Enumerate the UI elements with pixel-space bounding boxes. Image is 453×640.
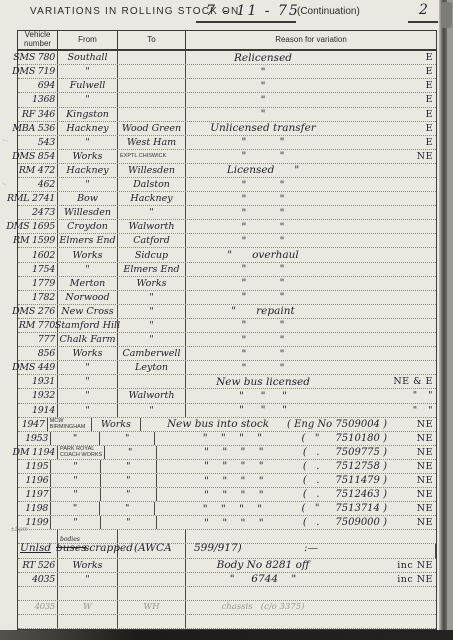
table-row: 1782Norwood"" " <box>18 291 436 305</box>
reason-text: " " <box>194 235 332 247</box>
vehicle-cell: RT 526 <box>18 559 58 572</box>
from-cell: " <box>51 488 100 501</box>
to-cell: Catford <box>118 234 186 247</box>
reason-text: " " <box>194 362 332 374</box>
from-cell: " <box>58 389 118 402</box>
reason-text: " " <box>194 334 332 346</box>
status-mark: NE & E <box>387 376 436 387</box>
table-row: 1602WorksSidcup" overhaul <box>18 248 436 262</box>
reason-cell: " " <box>186 319 436 332</box>
engine-number-text: ( . 7512463 ) <box>303 489 387 500</box>
vehicle-cell: 694 <box>18 79 58 92</box>
to-cell: " <box>105 446 157 459</box>
to-cell: " <box>100 432 155 445</box>
to-cell <box>118 79 186 92</box>
reason-cell: Licensed " <box>186 164 436 177</box>
from-cell: " <box>58 178 118 191</box>
reason-text: " <box>194 66 332 78</box>
table-row: DMS 276New Cross"" repaint <box>18 305 436 319</box>
reason-cell: New bus into stock( Eng No 7509004 )NE <box>141 418 436 431</box>
reason-text: " <box>194 94 332 106</box>
reason-cell <box>186 544 436 557</box>
to-cell: " <box>101 460 157 473</box>
to-cell: Dalston <box>118 178 186 191</box>
to-cell: Wood Green <box>118 122 186 135</box>
table-row <box>18 530 436 544</box>
reason-cell: chassis (c/o 3375) <box>186 601 436 614</box>
reason-cell: " overhaul <box>186 248 436 261</box>
vehicle-cell: 1602 <box>18 248 58 261</box>
from-cell: " <box>58 361 118 374</box>
reason-cell: "E <box>186 108 436 121</box>
reason-cell: " " " "( . 7509000 )NE <box>157 516 436 529</box>
table-row: 1754"Elmers End" " <box>18 263 436 277</box>
reason-cell: " " <box>186 192 436 205</box>
status-mark: NE <box>387 517 436 528</box>
vehicle-cell: RM 770 <box>18 319 58 332</box>
continuation-label: (Continuation) <box>297 6 360 17</box>
reason-text: " " <box>194 277 332 289</box>
table-row: 543"West Ham" "E <box>18 136 436 150</box>
reason-text: chassis (c/o 3375) <box>194 602 332 612</box>
vehicle-cell: 543 <box>18 136 58 149</box>
to-cell: " <box>118 319 186 332</box>
table-row: 1931"New bus licensedNE & E <box>18 375 436 389</box>
to-cell: WH <box>118 601 186 614</box>
from-cell: " <box>58 93 118 106</box>
reason-text: " overhaul <box>194 249 332 261</box>
vehicle-cell: RM 1599 <box>18 234 58 247</box>
reason-cell: " 6744 "inc NE <box>186 573 436 586</box>
to-cell: Hackney <box>118 192 186 205</box>
engine-number-text: ( . 7512758 ) <box>303 461 387 472</box>
reason-cell: " " <box>186 178 436 191</box>
reason-cell: " " <box>186 263 436 276</box>
to-cell <box>118 615 186 628</box>
status-mark: NE <box>387 475 436 486</box>
from-cell: Croydon <box>58 220 118 233</box>
page-number: 2 <box>419 2 428 18</box>
engine-number-text: ( . 7509000 ) <box>303 517 387 528</box>
vehicle-cell: RF 346 <box>18 108 58 121</box>
status-mark: E <box>387 52 436 63</box>
status-mark: " " <box>387 405 436 416</box>
to-cell: " <box>101 516 157 529</box>
vehicle-cell: 1195 <box>18 460 51 473</box>
from-cell: Fulwell <box>58 79 118 92</box>
from-cell <box>58 587 118 600</box>
from-cell: New Cross <box>58 305 118 318</box>
to-cell: " <box>118 291 186 304</box>
vehicle-cell: 1931 <box>18 375 58 388</box>
from-cell: Willesden <box>58 206 118 219</box>
date-handwritten: 7 - 11 - 75 <box>206 3 300 19</box>
from-cell: " <box>58 263 118 276</box>
reason-text: " " <box>194 291 332 303</box>
status-mark: E <box>387 66 436 77</box>
vehicle-cell: 1779 <box>18 277 58 290</box>
from-cell: " <box>58 375 118 388</box>
from-cell: Elmers End <box>58 234 118 247</box>
to-cell <box>118 530 186 543</box>
scan-bottom-edge <box>0 630 453 640</box>
engine-number-text: ( " 7513714 ) <box>301 503 387 514</box>
reason-cell: " " " "( . 7512463 )NE <box>157 488 436 501</box>
reason-text: Body No 8281 off <box>194 559 332 571</box>
reason-text: New bus licensed <box>194 376 332 388</box>
from-cell <box>58 530 118 543</box>
to-cell: Camberwell <box>118 347 186 360</box>
table-row: 694Fulwell"E <box>18 79 436 93</box>
vehicle-cell: MBA 536 <box>18 122 58 135</box>
from-cell: Stamford Hill <box>58 319 118 332</box>
scanned-ledger-page: VARIATIONS IN ROLLING STOCK ON 7 - 11 - … <box>0 0 453 640</box>
reason-cell: " " <box>186 347 436 360</box>
reason-cell: " " <box>186 361 436 374</box>
margin-pencil-note: ±1 pm <box>11 527 28 533</box>
from-cell: W <box>58 601 118 614</box>
status-mark: NE <box>387 461 436 472</box>
reason-cell: " " <box>186 234 436 247</box>
from-cell: Hackney <box>58 164 118 177</box>
to-cell <box>118 65 186 78</box>
table-row: 4035"" 6744 "inc NE <box>18 573 436 587</box>
from-cell: Chalk Farm <box>58 333 118 346</box>
reason-text: " " <box>194 207 332 219</box>
reason-text: Licensed " <box>194 164 332 176</box>
reason-text: " repaint <box>194 305 332 317</box>
reason-text: " <box>194 108 332 120</box>
table-row: 1947MCW BIRMINGHAMWorksNew bus into stoc… <box>18 418 436 432</box>
vehicle-cell: RM 472 <box>18 164 58 177</box>
to-cell <box>118 108 186 121</box>
reason-cell: " " <box>186 206 436 219</box>
reason-cell: Unlicensed transferE <box>186 122 436 135</box>
table-row: SMS 780SouthallRelicensedE <box>18 51 436 65</box>
vehicle-cell: 1196 <box>18 474 51 487</box>
reason-text: " 6744 " <box>194 573 332 585</box>
vehicle-cell: 1754 <box>18 263 58 276</box>
vehicle-cell: SMS 780 <box>18 51 58 64</box>
reason-text: " " " " <box>165 475 303 487</box>
table-header-row: Vehicle number From To Reason for variat… <box>18 31 436 51</box>
to-cell: Walworth <box>118 220 186 233</box>
table-row: RT 526WorksBody No 8281 offinc NE <box>18 559 436 573</box>
vehicle-cell: DMS 1695 <box>18 220 58 233</box>
vehicle-cell: 1932 <box>18 389 58 402</box>
note-row: Unlsdbusesbodiesscrapped(AWCA599/917):— <box>18 544 436 558</box>
from-cell: MCW BIRMINGHAM <box>48 418 92 431</box>
to-cell: " <box>101 474 157 487</box>
to-cell: " <box>118 206 186 219</box>
status-mark: E <box>387 137 436 148</box>
table-row: 1199""" " " "( . 7509000 )NE <box>18 516 436 530</box>
from-cell: Works <box>58 150 118 163</box>
reason-text: Unlicensed transfer <box>194 122 332 134</box>
table-row: 1197""" " " "( . 7512463 )NE <box>18 488 436 502</box>
reason-cell: " " "" " <box>186 389 436 402</box>
to-cell <box>118 93 186 106</box>
from-cell: Kingston <box>58 108 118 121</box>
col-header-to: To <box>118 31 186 49</box>
reason-cell: New bus licensedNE & E <box>186 375 436 388</box>
from-cell: Merton <box>58 277 118 290</box>
from-cell: " <box>58 573 118 586</box>
to-cell: Leyton <box>118 361 186 374</box>
to-cell: West Ham <box>118 136 186 149</box>
from-cell: " <box>58 65 118 78</box>
table-row: RM 770Stamford Hill"" " <box>18 319 436 333</box>
from-cell: " <box>51 432 100 445</box>
to-cell <box>118 544 186 557</box>
table-row <box>18 587 436 601</box>
table-body: SMS 780SouthallRelicensedEDMS 719""E694F… <box>18 51 436 629</box>
to-cell: Works <box>118 277 186 290</box>
reason-text: " " " " <box>163 503 301 515</box>
from-cell: " <box>58 136 118 149</box>
table-row: 1196""" " " "( . 7511479 )NE <box>18 474 436 488</box>
status-mark: NE <box>387 419 436 430</box>
status-mark: " " <box>387 390 436 401</box>
table-row: DMS 854WorksEXPTL CHISWICK" "NE <box>18 150 436 164</box>
to-cell <box>118 587 186 600</box>
scan-artifact <box>441 2 452 28</box>
reason-text: " " <box>194 319 332 331</box>
from-cell: " <box>58 404 118 417</box>
col-header-vehicle-number: Vehicle number <box>18 31 58 49</box>
col-header-from: From <box>58 31 118 49</box>
from-cell: Works <box>58 559 118 572</box>
margin-scribble: ~·· <box>2 138 8 144</box>
reason-cell: " repaint <box>186 305 436 318</box>
vehicle-cell: 1197 <box>18 488 51 501</box>
reason-cell: " " <box>186 291 436 304</box>
reason-text: " " <box>194 221 332 233</box>
margin-scribble: ~· <box>2 182 7 188</box>
from-cell: Hackney <box>58 122 118 135</box>
to-cell: " <box>101 488 157 501</box>
table-row: 1198""" " " "( " 7513714 )NE <box>18 502 436 516</box>
date-underline <box>196 21 296 23</box>
to-cell: Elmers End <box>118 263 186 276</box>
vehicle-cell: 1914 <box>18 404 58 417</box>
reason-text: " " <box>194 263 332 275</box>
table-row: 777Chalk Farm"" " <box>18 333 436 347</box>
status-mark: NE <box>387 503 436 514</box>
reason-text: " " " " <box>165 460 303 472</box>
table-row: 2473Willesden"" " <box>18 206 436 220</box>
from-cell: Works <box>58 248 118 261</box>
vehicle-cell: 1198 <box>18 502 51 515</box>
page-edge-shadow <box>439 0 447 632</box>
reason-cell: "E <box>186 93 436 106</box>
status-mark: E <box>387 109 436 120</box>
reason-cell <box>186 530 436 543</box>
reason-cell: Body No 8281 offinc NE <box>186 559 436 572</box>
reason-text: " " <box>194 193 332 205</box>
variations-table: Vehicle number From To Reason for variat… <box>17 30 437 630</box>
reason-cell: " " <box>186 277 436 290</box>
reason-text: " <box>194 80 332 92</box>
vehicle-cell: 462 <box>18 178 58 191</box>
table-row: 4035WWHchassis (c/o 3375) <box>18 601 436 615</box>
engine-number-text: ( . 7511479 ) <box>303 475 387 486</box>
to-cell: " <box>118 333 186 346</box>
status-mark: NE <box>387 447 436 458</box>
reason-cell: " "NE <box>186 150 436 163</box>
reason-cell: " "E <box>186 136 436 149</box>
vehicle-cell: RML 2741 <box>18 192 58 205</box>
reason-text: " " <box>194 348 332 360</box>
status-mark: inc NE <box>387 560 436 571</box>
vehicle-cell <box>18 587 58 600</box>
vehicle-cell <box>18 615 58 628</box>
from-cell: " <box>51 474 100 487</box>
reason-text: " " " <box>194 404 332 416</box>
page-number-underline <box>408 21 438 23</box>
to-cell: Works <box>92 418 141 431</box>
to-cell: " <box>100 502 155 515</box>
engine-number-text: ( Eng No 7509004 ) <box>287 419 387 430</box>
reason-text: " " " " <box>163 432 301 444</box>
from-cell: " <box>51 516 100 529</box>
vehicle-cell: 856 <box>18 347 58 360</box>
status-mark: NE <box>387 489 436 500</box>
vehicle-cell: 1947 <box>18 418 48 431</box>
table-row <box>18 615 436 629</box>
vehicle-cell: 4035 <box>18 573 58 586</box>
reason-cell: " " " "( . 7511479 )NE <box>157 474 436 487</box>
reason-cell: RelicensedE <box>186 51 436 64</box>
from-cell <box>58 615 118 628</box>
to-cell: Walworth <box>118 389 186 402</box>
from-cell: Works <box>58 347 118 360</box>
vehicle-cell: DMS 449 <box>18 361 58 374</box>
to-cell: Willesden <box>118 164 186 177</box>
col-header-reason: Reason for variation <box>186 31 436 49</box>
reason-text: " " " " <box>165 517 303 529</box>
to-cell <box>118 375 186 388</box>
table-row: RM 472HackneyWillesdenLicensed " <box>18 164 436 178</box>
status-mark: E <box>387 94 436 105</box>
reason-text: " " " <box>194 390 332 402</box>
vehicle-cell: DM 1194 <box>18 446 58 459</box>
vehicle-cell: 1782 <box>18 291 58 304</box>
table-row: DMS 449"Leyton" " <box>18 361 436 375</box>
from-cell: Southall <box>58 51 118 64</box>
table-row: DMS 719""E <box>18 65 436 79</box>
status-mark: NE <box>387 151 436 162</box>
table-row: 1932"Walworth" " "" " <box>18 389 436 403</box>
scan-gutter <box>447 0 453 632</box>
table-row: 1914""" " "" " <box>18 404 436 418</box>
reason-text: " " <box>194 150 332 162</box>
vehicle-cell: 4035 <box>18 601 58 614</box>
to-cell: " <box>118 305 186 318</box>
table-row: RM 1599Elmers EndCatford" " <box>18 234 436 248</box>
table-row: 856WorksCamberwell" " <box>18 347 436 361</box>
table-row: 462"Dalston" " <box>18 178 436 192</box>
reason-cell: " " "" " <box>186 404 436 417</box>
vehicle-cell: 777 <box>18 333 58 346</box>
reason-text: " " <box>194 179 332 191</box>
vehicle-cell: 1953 <box>18 432 51 445</box>
status-mark: NE <box>387 433 436 444</box>
table-row: RF 346Kingston"E <box>18 108 436 122</box>
reason-text: Relicensed <box>194 52 332 64</box>
table-row: RML 2741BowHackney" " <box>18 192 436 206</box>
reason-cell <box>186 587 436 600</box>
to-cell: EXPTL CHISWICK <box>118 150 186 163</box>
to-cell <box>118 51 186 64</box>
from-cell: Norwood <box>58 291 118 304</box>
vehicle-cell: 1368 <box>18 93 58 106</box>
reason-cell: " " " "( . 7509775 )NE <box>157 446 436 459</box>
status-mark: inc NE <box>387 574 436 585</box>
status-mark: E <box>387 123 436 134</box>
table-row: DM 1194PARK ROYAL COACH WORKS"" " " "( .… <box>18 446 436 460</box>
from-cell <box>58 544 118 557</box>
engine-number-text: ( . 7509775 ) <box>303 447 387 458</box>
reason-text: " " " " <box>165 489 303 501</box>
reason-cell: "E <box>186 79 436 92</box>
from-cell: PARK ROYAL COACH WORKS <box>58 446 105 459</box>
vehicle-cell <box>18 544 58 557</box>
reason-cell: " " " "( " 7510180 )NE <box>155 432 436 445</box>
status-mark: E <box>387 80 436 91</box>
engine-number-text: ( " 7510180 ) <box>301 433 387 444</box>
vehicle-cell: DMS 719 <box>18 65 58 78</box>
vehicle-cell: DMS 276 <box>18 305 58 318</box>
to-cell <box>118 573 186 586</box>
from-cell: Bow <box>58 192 118 205</box>
reason-cell: " " <box>186 333 436 346</box>
reason-cell: " " " "( " 7513714 )NE <box>155 502 436 515</box>
reason-text: New bus into stock <box>149 418 287 430</box>
reason-text: " " " " <box>165 446 303 458</box>
table-row: 1779MertonWorks" " <box>18 277 436 291</box>
from-cell: " <box>51 502 100 515</box>
table-row: 1195""" " " "( . 7512758 )NE <box>18 460 436 474</box>
reason-cell: " " " "( . 7512758 )NE <box>157 460 436 473</box>
reason-cell <box>186 615 436 628</box>
reason-cell: "E <box>186 65 436 78</box>
to-cell <box>118 559 186 572</box>
table-row: DMS 1695CroydonWalworth" " <box>18 220 436 234</box>
from-cell: " <box>51 460 100 473</box>
to-cell: Sidcup <box>118 248 186 261</box>
reason-text: " " <box>194 136 332 148</box>
table-row: 1368""E <box>18 93 436 107</box>
vehicle-cell: DMS 854 <box>18 150 58 163</box>
vehicle-cell: 2473 <box>18 206 58 219</box>
reason-cell: " " <box>186 220 436 233</box>
to-cell: " <box>118 404 186 417</box>
table-row: 1953""" " " "( " 7510180 )NE <box>18 432 436 446</box>
table-row: MBA 536HackneyWood GreenUnlicensed trans… <box>18 122 436 136</box>
